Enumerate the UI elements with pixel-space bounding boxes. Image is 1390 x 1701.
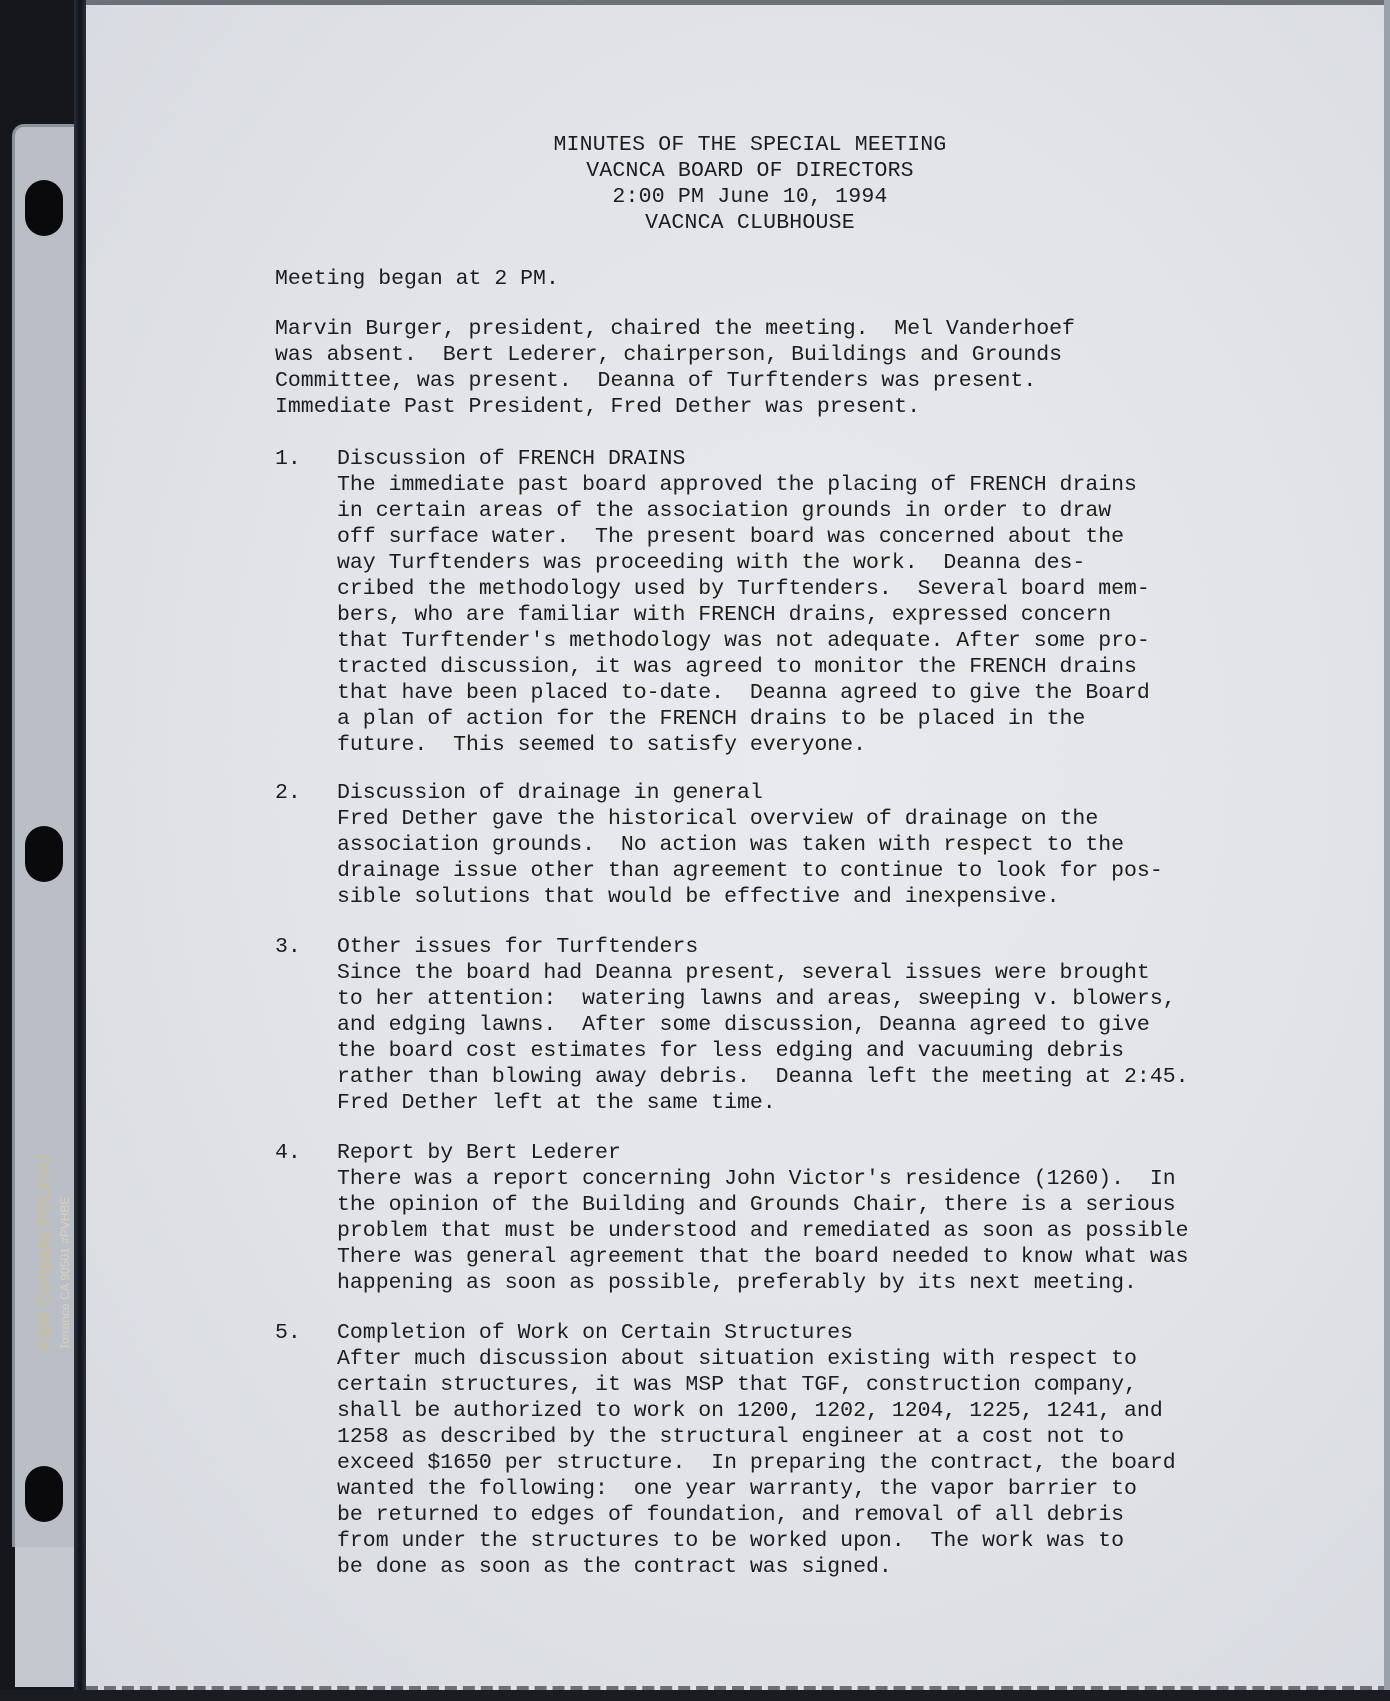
item-number: 1. <box>275 446 301 472</box>
item-number: 4. <box>275 1140 301 1166</box>
item-title: Report by Bert Lederer <box>337 1140 621 1166</box>
document-header: MINUTES OF THE SPECIAL MEETING VACNCA BO… <box>420 132 1080 236</box>
item-body: After much discussion about situation ex… <box>337 1346 1176 1580</box>
item-number: 5. <box>275 1320 301 1346</box>
header-organization: VACNCA BOARD OF DIRECTORS <box>420 158 1080 184</box>
item-body: The immediate past board approved the pl… <box>337 472 1150 758</box>
header-datetime: 2:00 PM June 10, 1994 <box>420 184 1080 210</box>
item-title: Other issues for Turftenders <box>337 934 698 960</box>
item-title: Discussion of drainage in general <box>337 780 763 806</box>
header-title: MINUTES OF THE SPECIAL MEETING <box>420 132 1080 158</box>
item-title: Discussion of FRENCH DRAINS <box>337 446 685 472</box>
meeting-minutes-document: MINUTES OF THE SPECIAL MEETING VACNCA BO… <box>0 0 1390 1701</box>
attendance-paragraph: Marvin Burger, president, chaired the me… <box>275 316 1075 420</box>
item-body: There was a report concerning John Victo… <box>337 1166 1189 1296</box>
item-number: 2. <box>275 780 301 806</box>
item-number: 3. <box>275 934 301 960</box>
item-title: Completion of Work on Certain Structures <box>337 1320 853 1346</box>
header-location: VACNCA CLUBHOUSE <box>420 210 1080 236</box>
item-body: Fred Dether gave the historical overview… <box>337 806 1163 910</box>
opening-statement: Meeting began at 2 PM. <box>275 266 559 292</box>
item-body: Since the board had Deanna present, seve… <box>337 960 1189 1116</box>
